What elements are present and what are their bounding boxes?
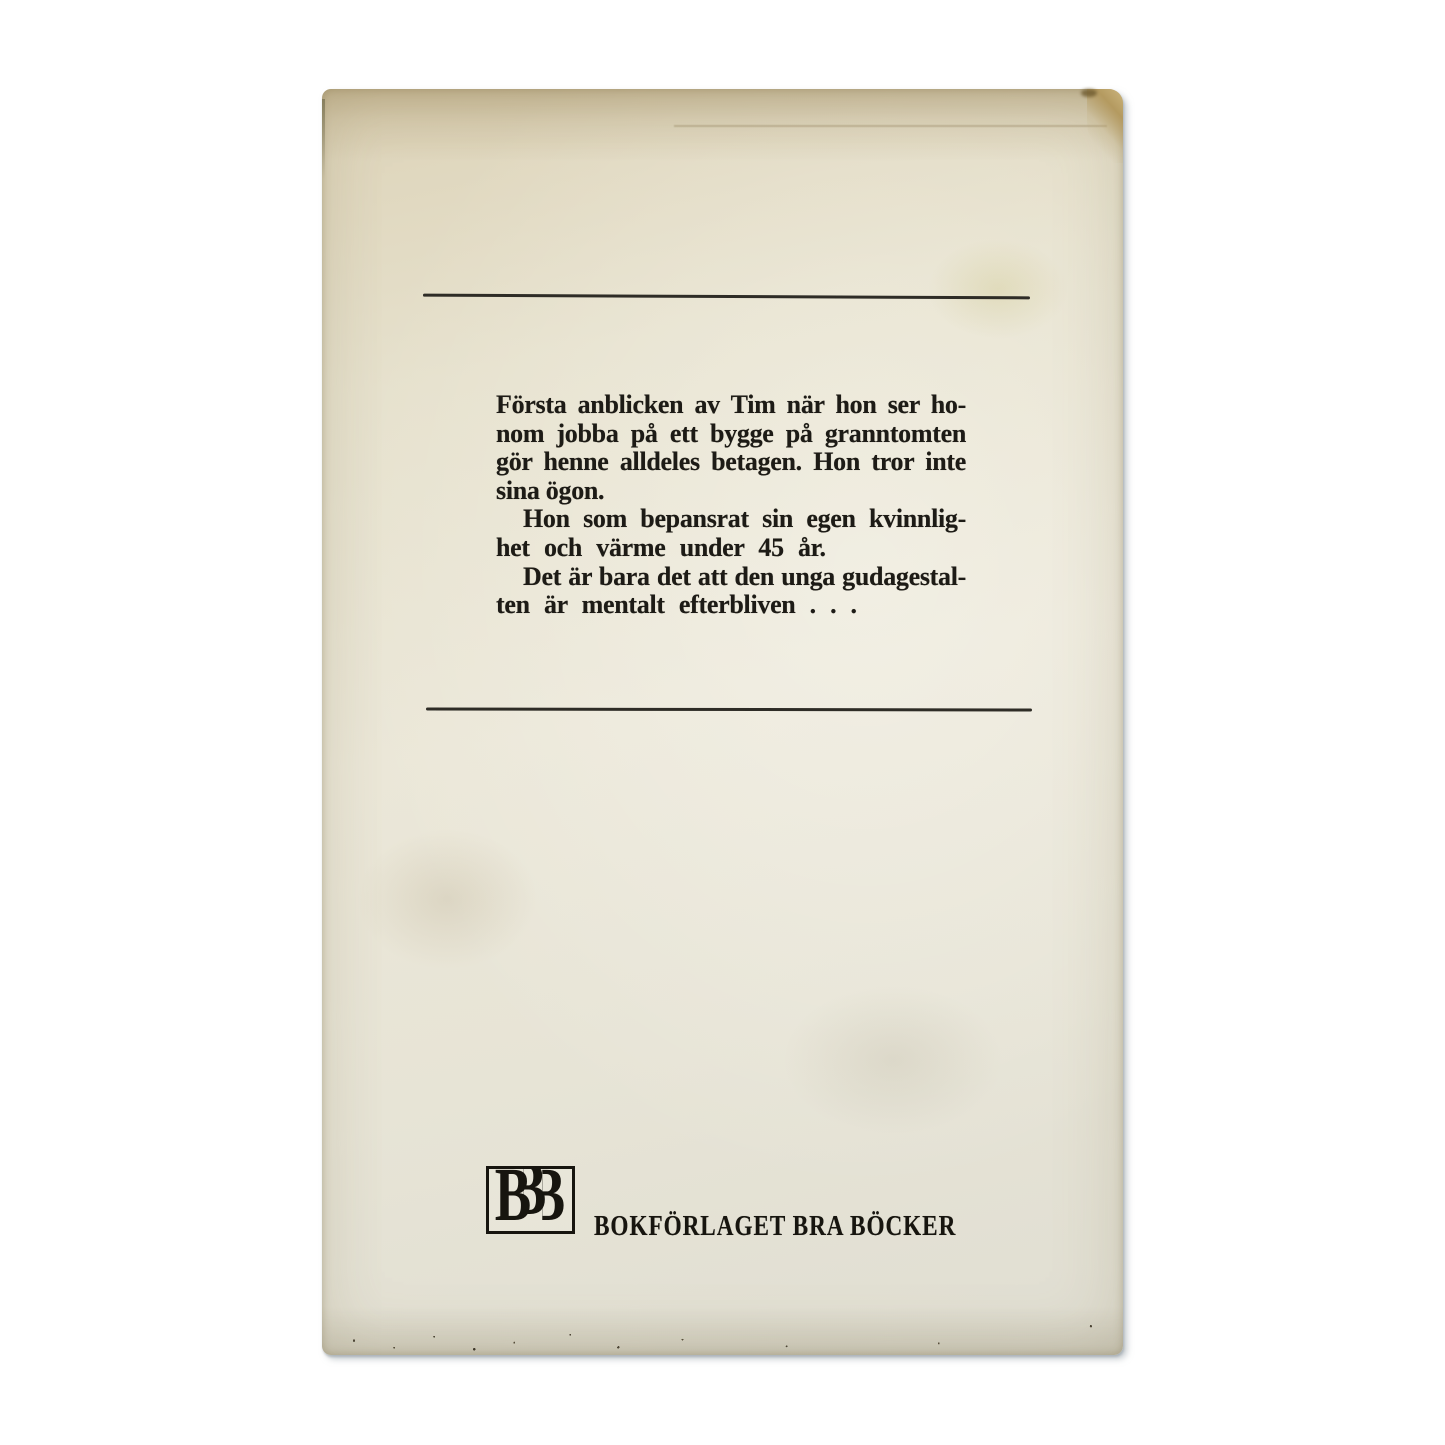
blurb-line: Första anblicken av Tim när hon ser ho- — [496, 391, 966, 420]
blurb-line: Det är bara det att den unga gudagestal- — [496, 563, 966, 592]
publisher-name: BOKFÖRLAGET BRA BÖCKER — [594, 1210, 956, 1243]
logo-letter-b: B — [542, 1169, 569, 1231]
blurb-line: Hon som bepansrat sin egen kvinnlig- — [496, 505, 966, 534]
left-edge-sliver — [322, 99, 325, 179]
publisher-logo-letters: B B B — [489, 1169, 575, 1231]
cover-stain — [357, 829, 537, 969]
blurb-line: ten är mentalt efterbliven . . . — [496, 591, 966, 620]
publisher-logo: B B B — [486, 1166, 575, 1234]
book-back-cover: Första anblicken av Tim när hon ser ho- … — [322, 89, 1123, 1355]
bottom-specks — [322, 1307, 1123, 1355]
corner-stain — [1081, 89, 1097, 97]
cover-stain — [783, 985, 1003, 1135]
bottom-rule — [426, 707, 1032, 711]
blurb-line: sina ögon. — [496, 477, 966, 506]
blurb: Första anblicken av Tim när hon ser ho- … — [496, 391, 966, 620]
blurb-line: nom jobba på ett bygge på granntomten — [496, 420, 966, 449]
blurb-line: gör henne alldeles betagen. Hon tror int… — [496, 448, 966, 477]
top-crease-line — [674, 125, 1107, 127]
cover-stain — [928, 239, 1068, 339]
blurb-line: het och värme under 45 år. — [496, 534, 966, 563]
